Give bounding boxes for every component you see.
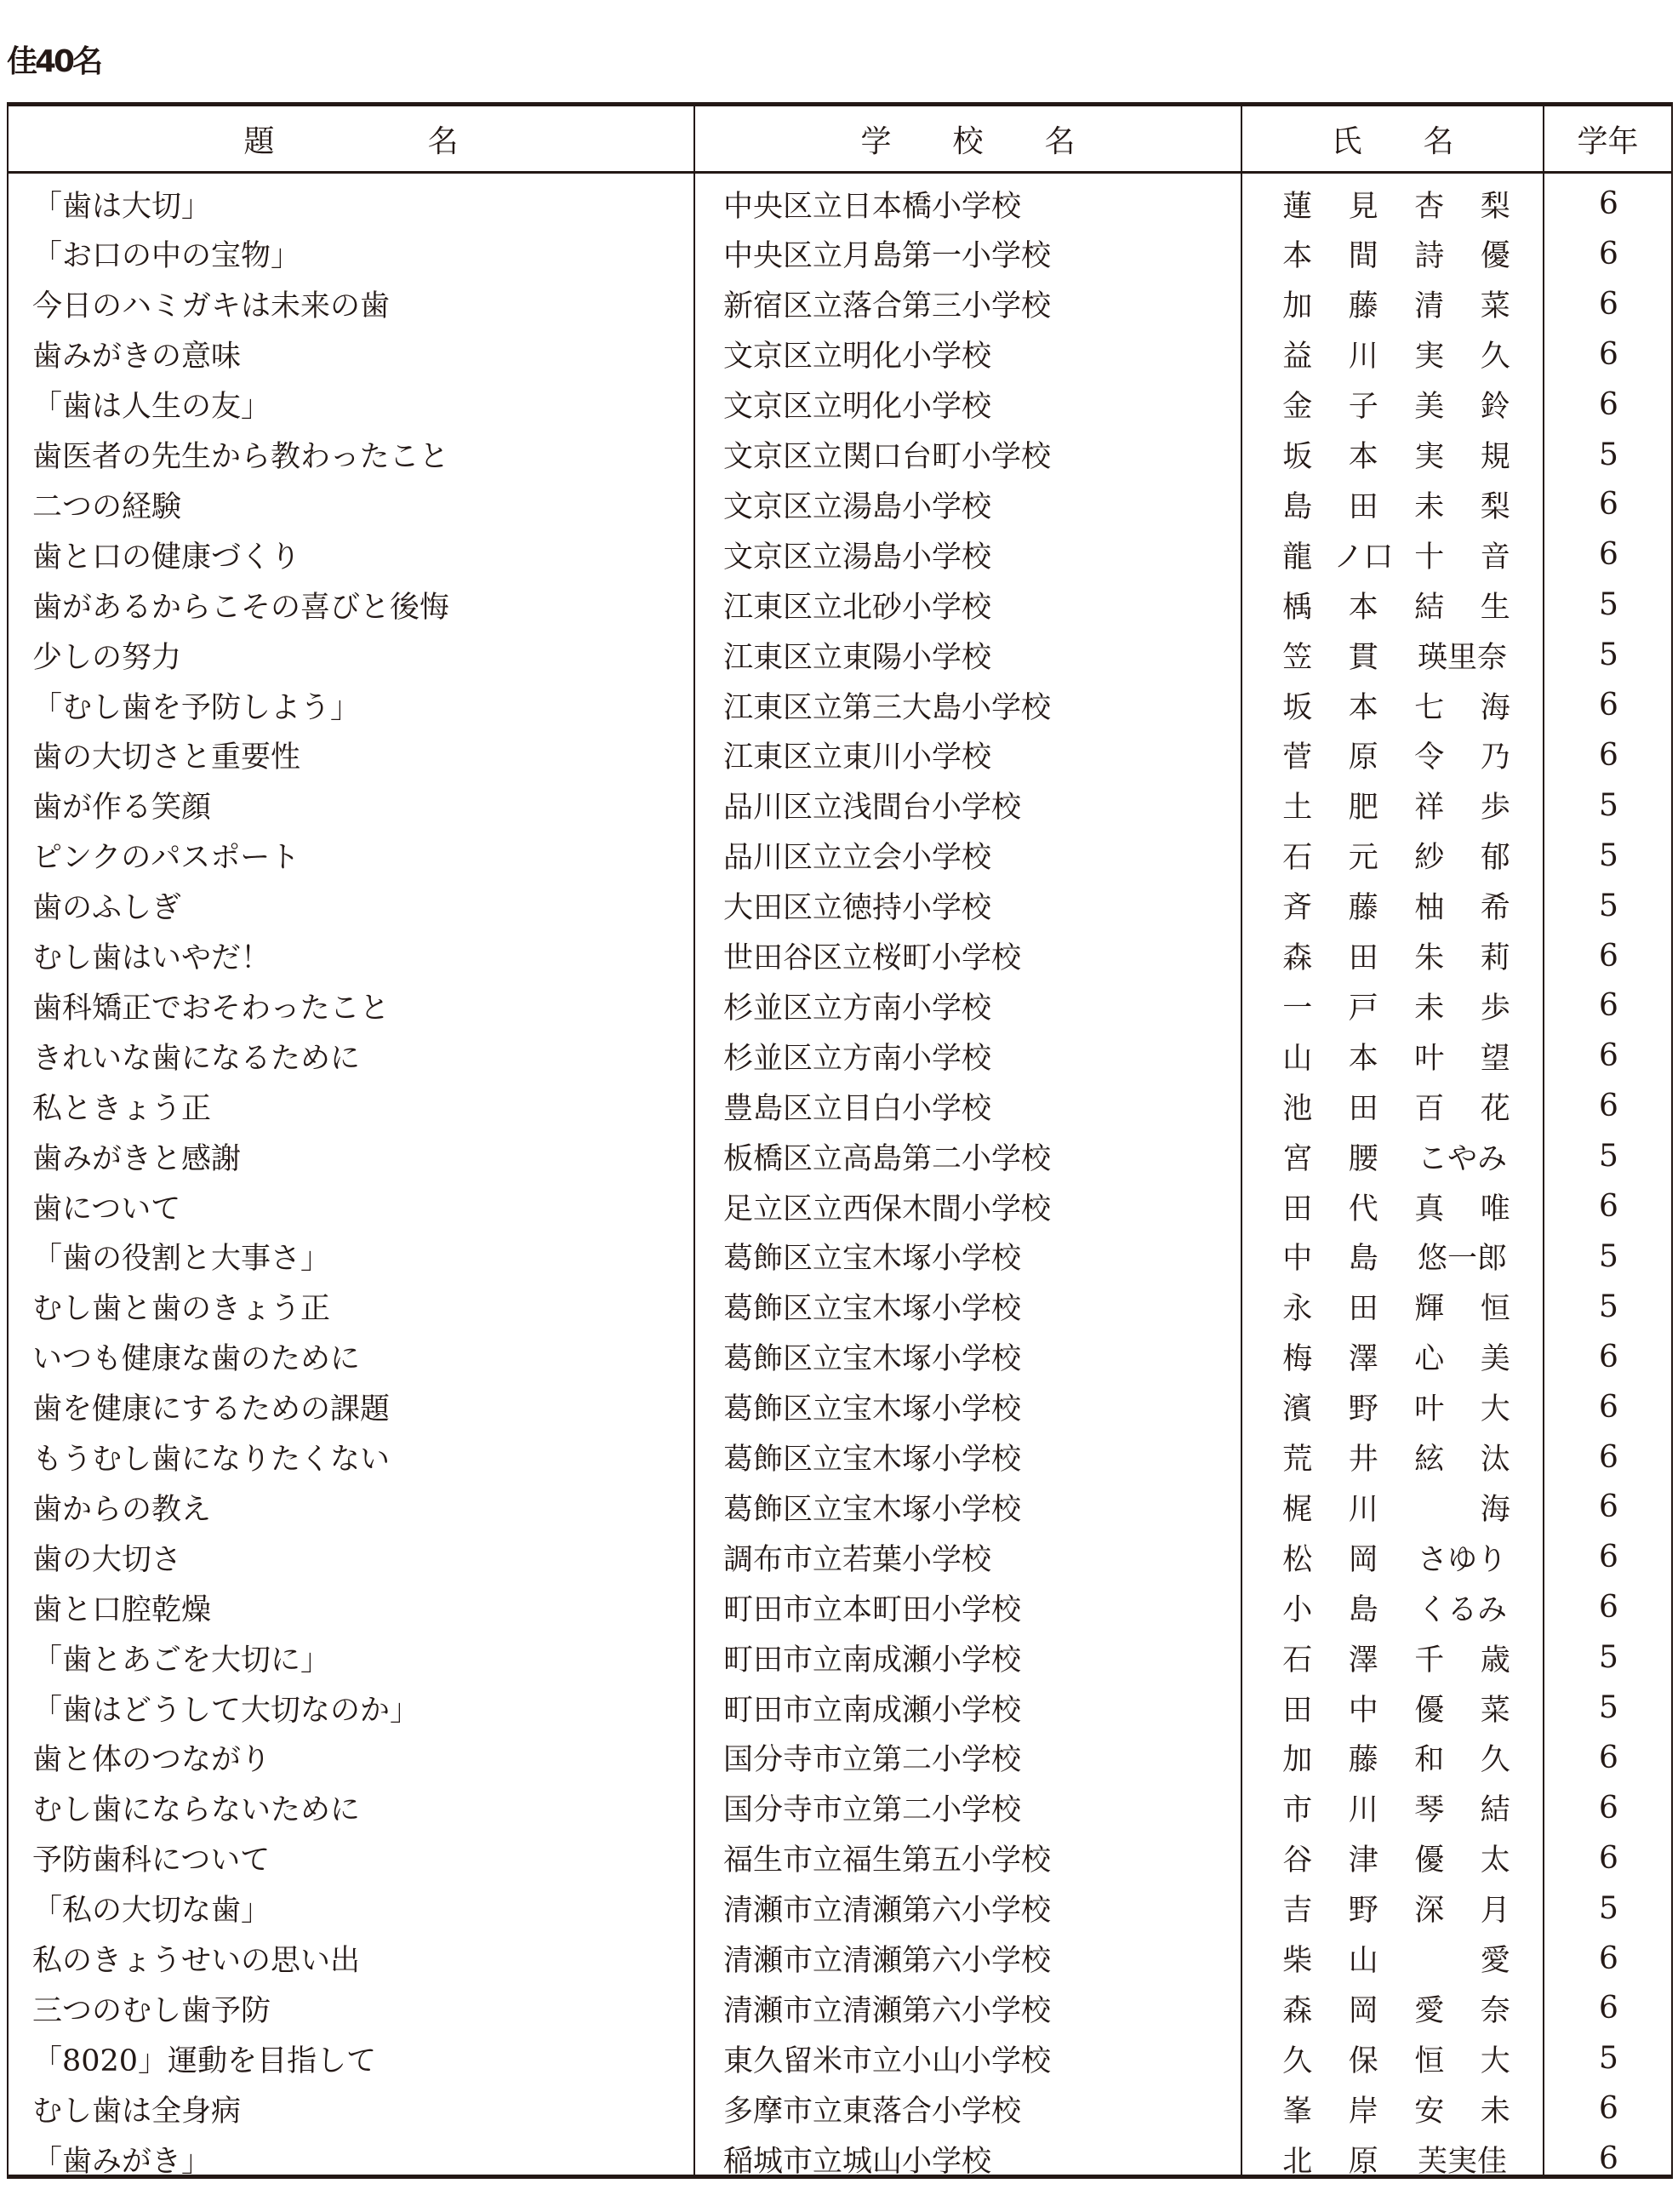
name-part: 土 <box>1282 784 1312 826</box>
cell-name: 蓮 見 杏 梨 <box>1264 179 1528 229</box>
cell-name: 吉 野 深 月 <box>1264 1883 1528 1934</box>
name-part: 田 <box>1282 1687 1312 1729</box>
cell-name: 濱 野 叶 大 <box>1264 1382 1528 1432</box>
cell-title: 歯があるからこその喜びと後悔 <box>32 580 688 630</box>
table-row: 歯と体のつながり 国分寺市立第二小学校 加 藤 和 久 6 <box>9 1733 1671 1783</box>
cell-school: 杉並区立方南小学校 <box>723 1031 1234 1081</box>
cell-name: 楀 本 結 生 <box>1264 580 1528 630</box>
name-part: 岡 <box>1349 1987 1378 2030</box>
cell-school: 中央区立日本橋小学校 <box>723 179 1234 229</box>
name-part: 規 <box>1481 433 1510 476</box>
name-part: 朱 <box>1414 935 1444 977</box>
name-part: 岡 <box>1349 1536 1378 1579</box>
table-row: 歯について 足立区立西保木間小学校 田 代 真 唯 6 <box>9 1181 1671 1232</box>
cell-title: 「歯はどうして大切なのか」 <box>32 1683 688 1733</box>
name-part: 実 <box>1414 433 1444 476</box>
cell-title: ピンクのパスポート <box>32 831 688 881</box>
cell-name: 永 田 輝 恒 <box>1264 1282 1528 1332</box>
cell-name: 梶 川 海 <box>1264 1482 1528 1532</box>
cell-grade: 6 <box>1546 931 1671 981</box>
table-row: むし歯は全身病 多摩市立東落合小学校 峯 岸 安 未 6 <box>9 2083 1671 2134</box>
name-part: 笠 <box>1282 634 1312 677</box>
table-row: 歯があるからこその喜びと後悔 江東区立北砂小学校 楀 本 結 生 5 <box>9 580 1671 630</box>
cell-name: 梅 澤 心 美 <box>1264 1332 1528 1382</box>
name-part: 十 <box>1414 534 1444 576</box>
cell-title: 歯と口の健康づくり <box>32 529 688 580</box>
name-part: 歳 <box>1481 1637 1510 1679</box>
name-part: 海 <box>1481 684 1510 727</box>
cell-school: 江東区立第三大島小学校 <box>723 680 1234 730</box>
name-part: 梨 <box>1481 183 1510 226</box>
name-part: 美 <box>1414 383 1444 426</box>
name-part: 花 <box>1481 1085 1510 1128</box>
cell-grade: 5 <box>1546 881 1671 931</box>
table-row: きれいな歯になるために 杉並区立方南小学校 山 本 叶 望 6 <box>9 1031 1671 1081</box>
cell-title: 二つの経験 <box>32 479 688 529</box>
cell-name: 一 戸 未 歩 <box>1264 980 1528 1031</box>
name-part: 石 <box>1282 834 1312 877</box>
name-part: 七 <box>1414 684 1444 727</box>
cell-grade: 6 <box>1546 1031 1671 1081</box>
name-part: 金 <box>1282 383 1312 426</box>
name-part: 澤 <box>1349 1637 1378 1679</box>
cell-name: 坂 本 七 海 <box>1264 680 1528 730</box>
cell-name: 島 田 未 梨 <box>1264 479 1528 529</box>
name-part: 莉 <box>1481 935 1510 977</box>
table-row: 二つの経験 文京区立湯島小学校 島 田 未 梨 6 <box>9 479 1671 529</box>
name-part: 澤 <box>1349 1335 1378 1378</box>
cell-school: 町田市立南成瀬小学校 <box>723 1632 1234 1683</box>
name-part: 荒 <box>1282 1436 1312 1478</box>
name-part: 中 <box>1282 1235 1312 1277</box>
name-part: 田 <box>1349 483 1378 526</box>
cell-grade: 5 <box>1546 2033 1671 2083</box>
header-divider <box>9 171 1671 174</box>
name-part: 本 <box>1349 433 1378 476</box>
cell-school: 葛飾区立宝木塚小学校 <box>723 1482 1234 1532</box>
name-part: 柚 <box>1414 884 1444 927</box>
cell-grade: 6 <box>1546 1733 1671 1783</box>
cell-title: 歯を健康にするための課題 <box>32 1382 688 1432</box>
name-part: 叶 <box>1414 1386 1444 1428</box>
cell-school: 大田区立徳持小学校 <box>723 881 1234 931</box>
table-row: 「歯は大切」 中央区立日本橋小学校 蓮 見 杏 梨 6 <box>9 179 1671 229</box>
cell-school: 清瀬市立清瀬第六小学校 <box>723 1883 1234 1934</box>
name-part: 梅 <box>1282 1335 1312 1378</box>
name-part: 千 <box>1414 1637 1444 1679</box>
name-part: 郁 <box>1481 834 1510 877</box>
cell-title: きれいな歯になるために <box>32 1031 688 1081</box>
name-part: 島 <box>1282 483 1312 526</box>
name-part: 芙実佳 <box>1418 2138 1507 2181</box>
table-row: 「お口の中の宝物」 中央区立月島第一小学校 本 間 詩 優 6 <box>9 229 1671 279</box>
cell-name: 池 田 百 花 <box>1264 1081 1528 1131</box>
name-part: 貫 <box>1349 634 1378 677</box>
name-part: 腰 <box>1349 1135 1378 1178</box>
cell-school: 葛飾区立宝木塚小学校 <box>723 1282 1234 1332</box>
name-part: 大 <box>1481 1386 1510 1428</box>
name-part: 結 <box>1481 1786 1510 1829</box>
cell-name: 柴 山 愛 <box>1264 1934 1528 1984</box>
table-row: 「私の大切な歯」 清瀬市立清瀬第六小学校 吉 野 深 月 5 <box>9 1883 1671 1934</box>
cell-title: 歯みがきと感謝 <box>32 1131 688 1181</box>
name-part: 恒 <box>1414 2038 1444 2080</box>
cell-grade: 5 <box>1546 1232 1671 1282</box>
cell-name: 斉 藤 柚 希 <box>1264 881 1528 931</box>
cell-grade: 6 <box>1546 279 1671 329</box>
cell-name: 益 川 実 久 <box>1264 329 1528 380</box>
cell-name: 森 岡 愛 奈 <box>1264 1983 1528 2033</box>
cell-title: 歯について <box>32 1181 688 1232</box>
table-row: 予防歯科について 福生市立福生第五小学校 谷 津 優 太 6 <box>9 1833 1671 1883</box>
cell-school: 足立区立西保木間小学校 <box>723 1181 1234 1232</box>
name-part: 川 <box>1349 333 1378 375</box>
name-part: 音 <box>1481 534 1510 576</box>
name-part: 未 <box>1414 483 1444 526</box>
cell-title: 少しの努力 <box>32 630 688 680</box>
cell-title: 私のきょうせいの思い出 <box>32 1934 688 1984</box>
name-part: 未 <box>1414 985 1444 1027</box>
name-part: 安 <box>1414 2088 1444 2130</box>
name-part: 野 <box>1349 1887 1378 1929</box>
name-part: 田 <box>1349 1285 1378 1328</box>
cell-school: 葛飾区立宝木塚小学校 <box>723 1332 1234 1382</box>
table-row: 「歯の役割と大事さ」 葛飾区立宝木塚小学校 中 島 悠一郎 5 <box>9 1232 1671 1282</box>
cell-school: 杉並区立方南小学校 <box>723 980 1234 1031</box>
table-row: いつも健康な歯のために 葛飾区立宝木塚小学校 梅 澤 心 美 6 <box>9 1332 1671 1382</box>
name-part: 戸 <box>1349 985 1378 1027</box>
name-part: 未 <box>1481 2088 1510 2130</box>
cell-title: 歯医者の先生から教わったこと <box>32 430 688 480</box>
cell-name: 山 本 叶 望 <box>1264 1031 1528 1081</box>
cell-title: 「むし歯を予防しよう」 <box>32 680 688 730</box>
name-part: 藤 <box>1349 884 1378 927</box>
name-part: 詩 <box>1414 232 1444 275</box>
cell-school: 江東区立東陽小学校 <box>723 630 1234 680</box>
table-row: むし歯と歯のきょう正 葛飾区立宝木塚小学校 永 田 輝 恒 5 <box>9 1282 1671 1332</box>
cell-title: 「私の大切な歯」 <box>32 1883 688 1934</box>
cell-school: 東久留米市立小山小学校 <box>723 2033 1234 2083</box>
cell-title: 「歯は大切」 <box>32 179 688 229</box>
cell-school: 町田市立本町田小学校 <box>723 1582 1234 1632</box>
awards-table: 題 名 学 校 名 氏 名 学年 「歯は大切」 中央区立日本橋小学校 蓮 見 杏… <box>7 102 1673 2179</box>
cell-title: 歯と体のつながり <box>32 1733 688 1783</box>
cell-title: 歯の大切さと重要性 <box>32 730 688 780</box>
cell-school: 文京区立明化小学校 <box>723 329 1234 380</box>
name-part: 益 <box>1282 333 1312 375</box>
name-part: 菜 <box>1481 1687 1510 1729</box>
cell-title: 歯と口腔乾燥 <box>32 1582 688 1632</box>
cell-school: 町田市立南成瀬小学校 <box>723 1683 1234 1733</box>
name-part: 紗 <box>1414 834 1444 877</box>
name-part: 北 <box>1282 2138 1312 2181</box>
cell-school: 世田谷区立桜町小学校 <box>723 931 1234 981</box>
name-part: 柴 <box>1282 1937 1312 1980</box>
name-part: 愛 <box>1414 1987 1444 2030</box>
cell-school: 調布市立若葉小学校 <box>723 1532 1234 1582</box>
name-part: 原 <box>1349 2138 1378 2181</box>
name-part: 中 <box>1349 1687 1378 1729</box>
name-part: 悠一郎 <box>1418 1235 1507 1277</box>
cell-school: 豊島区立目白小学校 <box>723 1081 1234 1131</box>
cell-grade: 5 <box>1546 430 1671 480</box>
name-part: 真 <box>1414 1186 1444 1228</box>
name-part: 愛 <box>1481 1937 1510 1980</box>
cell-grade: 5 <box>1546 1683 1671 1733</box>
name-part: 藤 <box>1349 283 1378 325</box>
name-part: 優 <box>1414 1837 1444 1879</box>
name-part: 祥 <box>1414 784 1444 826</box>
table-row: 今日のハミガキは未来の歯 新宿区立落合第三小学校 加 藤 清 菜 6 <box>9 279 1671 329</box>
cell-school: 多摩市立東落合小学校 <box>723 2083 1234 2134</box>
name-part: 希 <box>1481 884 1510 927</box>
name-part: 月 <box>1481 1887 1510 1929</box>
name-part: 美 <box>1481 1335 1510 1378</box>
name-part: 坂 <box>1282 433 1312 476</box>
cell-school: 文京区立明化小学校 <box>723 380 1234 430</box>
cell-school: 葛飾区立宝木塚小学校 <box>723 1432 1234 1483</box>
name-part: 間 <box>1349 232 1378 275</box>
table-row: 「歯は人生の友」 文京区立明化小学校 金 子 美 鈴 6 <box>9 380 1671 430</box>
name-part: 和 <box>1414 1736 1444 1779</box>
name-part: 峯 <box>1282 2088 1312 2130</box>
cell-school: 板橋区立高島第二小学校 <box>723 1131 1234 1181</box>
cell-name: 谷 津 優 太 <box>1264 1833 1528 1883</box>
name-part: 杏 <box>1414 183 1444 226</box>
cell-grade: 6 <box>1546 1983 1671 2033</box>
cell-grade: 6 <box>1546 2134 1671 2184</box>
cell-grade: 6 <box>1546 179 1671 229</box>
name-part: 本 <box>1349 684 1378 727</box>
name-part: 叶 <box>1414 1035 1444 1077</box>
table-row: 歯と口の健康づくり 文京区立湯島小学校 龍 ノ口 十 音 6 <box>9 529 1671 580</box>
name-part: 令 <box>1414 734 1444 776</box>
cell-grade: 6 <box>1546 980 1671 1031</box>
cell-grade: 6 <box>1546 1934 1671 1984</box>
cell-school: 文京区立湯島小学校 <box>723 479 1234 529</box>
cell-school: 稲城市立城山小学校 <box>723 2134 1234 2184</box>
name-part: 加 <box>1282 1736 1312 1779</box>
cell-name: 久 保 恒 大 <box>1264 2033 1528 2083</box>
cell-grade: 6 <box>1546 680 1671 730</box>
cell-title: むし歯は全身病 <box>32 2083 688 2134</box>
cell-school: 国分寺市立第二小学校 <box>723 1783 1234 1833</box>
name-part: 保 <box>1349 2038 1378 2080</box>
name-part: 歩 <box>1481 985 1510 1027</box>
table-row: 歯科矯正でおそわったこと 杉並区立方南小学校 一 戸 未 歩 6 <box>9 980 1671 1031</box>
table-row: 歯の大切さ 調布市立若葉小学校 松 岡 さゆり 6 <box>9 1532 1671 1582</box>
cell-grade: 6 <box>1546 1582 1671 1632</box>
cell-grade: 5 <box>1546 1282 1671 1332</box>
name-part: 大 <box>1481 2038 1510 2080</box>
cell-title: もうむし歯になりたくない <box>32 1432 688 1483</box>
cell-name: 本 間 詩 優 <box>1264 229 1528 279</box>
name-part: 岸 <box>1349 2088 1378 2130</box>
name-part: 森 <box>1282 935 1312 977</box>
name-part: 蓮 <box>1282 183 1312 226</box>
name-part: 坂 <box>1282 684 1312 727</box>
cell-name: 北 原 芙実佳 <box>1264 2134 1528 2184</box>
cell-grade: 6 <box>1546 529 1671 580</box>
name-part: 島 <box>1349 1235 1378 1277</box>
table-row: ピンクのパスポート 品川区立立会小学校 石 元 紗 郁 5 <box>9 831 1671 881</box>
name-part: 久 <box>1481 1736 1510 1779</box>
cell-grade: 6 <box>1546 1181 1671 1232</box>
name-part: 本 <box>1349 1035 1378 1077</box>
cell-school: 江東区立東川小学校 <box>723 730 1234 780</box>
cell-name: 石 澤 千 歳 <box>1264 1632 1528 1683</box>
cell-title: 今日のハミガキは未来の歯 <box>32 279 688 329</box>
cell-title: 「お口の中の宝物」 <box>32 229 688 279</box>
cell-title: 歯みがきの意味 <box>32 329 688 380</box>
cell-name: 加 藤 和 久 <box>1264 1733 1528 1783</box>
table-row: 「8020」運動を目指して 東久留米市立小山小学校 久 保 恒 大 5 <box>9 2033 1671 2083</box>
cell-school: 葛飾区立宝木塚小学校 <box>723 1232 1234 1282</box>
table-row: 歯みがきと感謝 板橋区立高島第二小学校 宮 腰 こやみ 5 <box>9 1131 1671 1181</box>
name-part: 百 <box>1414 1085 1444 1128</box>
cell-grade: 6 <box>1546 1532 1671 1582</box>
name-part: 田 <box>1349 935 1378 977</box>
cell-grade: 6 <box>1546 1482 1671 1532</box>
name-part: 代 <box>1349 1186 1378 1228</box>
name-part: 森 <box>1282 1987 1312 2030</box>
cell-name: 小 島 くるみ <box>1264 1582 1528 1632</box>
cell-school: 江東区立北砂小学校 <box>723 580 1234 630</box>
cell-grade: 5 <box>1546 1131 1671 1181</box>
cell-name: 宮 腰 こやみ <box>1264 1131 1528 1181</box>
cell-title: 「歯みがき」 <box>32 2134 688 2184</box>
cell-grade: 5 <box>1546 580 1671 630</box>
cell-name: 坂 本 実 規 <box>1264 430 1528 480</box>
table-row: 歯と口腔乾燥 町田市立本町田小学校 小 島 くるみ 6 <box>9 1582 1671 1632</box>
cell-title: 歯科矯正でおそわったこと <box>32 980 688 1031</box>
cell-school: 新宿区立落合第三小学校 <box>723 279 1234 329</box>
name-part: 本 <box>1282 232 1312 275</box>
table-row: むし歯はいやだ！ 世田谷区立桜町小学校 森 田 朱 莉 6 <box>9 931 1671 981</box>
cell-grade: 6 <box>1546 1382 1671 1432</box>
cell-name: 加 藤 清 菜 <box>1264 279 1528 329</box>
name-part: 加 <box>1282 283 1312 325</box>
name-part: 歩 <box>1481 784 1510 826</box>
cell-grade: 5 <box>1546 630 1671 680</box>
table-row: 歯の大切さと重要性 江東区立東川小学校 菅 原 令 乃 6 <box>9 730 1671 780</box>
name-part: 輝 <box>1414 1285 1444 1328</box>
name-part: 濱 <box>1282 1386 1312 1428</box>
cell-name: 龍 ノ口 十 音 <box>1264 529 1528 580</box>
cell-grade: 6 <box>1546 1432 1671 1483</box>
cell-name: 土 肥 祥 歩 <box>1264 780 1528 831</box>
name-part: 楀 <box>1282 584 1312 626</box>
name-part: 谷 <box>1282 1837 1312 1879</box>
name-part: 鈴 <box>1481 383 1510 426</box>
header-grade: 学年 <box>1544 106 1671 171</box>
name-part: 本 <box>1349 584 1378 626</box>
name-part: 肥 <box>1349 784 1378 826</box>
name-part: 清 <box>1414 283 1444 325</box>
cell-title: 「歯の役割と大事さ」 <box>32 1232 688 1282</box>
name-part: 池 <box>1282 1085 1312 1128</box>
cell-name: 田 中 優 菜 <box>1264 1683 1528 1733</box>
name-part: 山 <box>1349 1937 1378 1980</box>
name-part: 乃 <box>1481 734 1510 776</box>
name-part: 龍 <box>1282 534 1312 576</box>
name-part: 優 <box>1481 232 1510 275</box>
name-part: ノ口 <box>1333 534 1393 576</box>
table-row: 私ときょう正 豊島区立目白小学校 池 田 百 花 6 <box>9 1081 1671 1131</box>
cell-grade: 6 <box>1546 229 1671 279</box>
cell-title: 歯が作る笑顔 <box>32 780 688 831</box>
name-part: 深 <box>1414 1887 1444 1929</box>
name-part: 原 <box>1349 734 1378 776</box>
name-part: 松 <box>1282 1536 1312 1579</box>
name-part: 藤 <box>1349 1736 1378 1779</box>
table-row: 「歯はどうして大切なのか」 町田市立南成瀬小学校 田 中 優 菜 5 <box>9 1683 1671 1733</box>
cell-grade: 6 <box>1546 329 1671 380</box>
name-part: 山 <box>1282 1035 1312 1077</box>
table-row: 「歯みがき」 稲城市立城山小学校 北 原 芙実佳 6 <box>9 2134 1671 2184</box>
name-part: 絃 <box>1414 1436 1444 1478</box>
cell-name: 荒 井 絃 汰 <box>1264 1432 1528 1483</box>
name-part: 久 <box>1481 333 1510 375</box>
cell-title: 歯の大切さ <box>32 1532 688 1582</box>
cell-grade: 5 <box>1546 1632 1671 1683</box>
cell-title: 三つのむし歯予防 <box>32 1983 688 2033</box>
name-part: こやみ <box>1418 1135 1507 1178</box>
table-row: 歯医者の先生から教わったこと 文京区立関口台町小学校 坂 本 実 規 5 <box>9 430 1671 480</box>
cell-school: 品川区立浅間台小学校 <box>723 780 1234 831</box>
cell-grade: 5 <box>1546 831 1671 881</box>
name-part: 吉 <box>1282 1887 1312 1929</box>
cell-name: 金 子 美 鈴 <box>1264 380 1528 430</box>
name-part: 結 <box>1414 584 1444 626</box>
cell-grade: 6 <box>1546 1833 1671 1883</box>
name-part: 唯 <box>1481 1186 1510 1228</box>
name-part: 久 <box>1282 2038 1312 2080</box>
name-part: 見 <box>1349 183 1378 226</box>
table-row: 私のきょうせいの思い出 清瀬市立清瀬第六小学校 柴 山 愛 6 <box>9 1934 1671 1984</box>
name-part: 心 <box>1414 1335 1444 1378</box>
cell-name: 峯 岸 安 未 <box>1264 2083 1528 2134</box>
table-row: 歯が作る笑顔 品川区立浅間台小学校 土 肥 祥 歩 5 <box>9 780 1671 831</box>
name-part: 琴 <box>1414 1786 1444 1829</box>
cell-name: 市 川 琴 結 <box>1264 1783 1528 1833</box>
name-part: 川 <box>1349 1786 1378 1829</box>
name-part: 元 <box>1349 834 1378 877</box>
page-title: 佳40名 <box>7 47 100 77</box>
table-row: 少しの努力 江東区立東陽小学校 笠 貫 瑛里奈 5 <box>9 630 1671 680</box>
cell-school: 文京区立関口台町小学校 <box>723 430 1234 480</box>
cell-title: 予防歯科について <box>32 1833 688 1883</box>
cell-school: 清瀬市立清瀬第六小学校 <box>723 1934 1234 1984</box>
name-part: 田 <box>1282 1186 1312 1228</box>
name-part: 一 <box>1282 985 1312 1027</box>
name-part: 川 <box>1349 1486 1378 1529</box>
cell-name: 笠 貫 瑛里奈 <box>1264 630 1528 680</box>
cell-grade: 6 <box>1546 1783 1671 1833</box>
name-part: 永 <box>1282 1285 1312 1328</box>
cell-name: 田 代 真 唯 <box>1264 1181 1528 1232</box>
name-part: 菅 <box>1282 734 1312 776</box>
cell-school: 国分寺市立第二小学校 <box>723 1733 1234 1783</box>
cell-grade: 6 <box>1546 1332 1671 1382</box>
cell-grade: 6 <box>1546 1081 1671 1131</box>
header-school: 学 校 名 <box>695 106 1241 171</box>
cell-title: 歯のふしぎ <box>32 881 688 931</box>
table-row: 「歯とあごを大切に」 町田市立南成瀬小学校 石 澤 千 歳 5 <box>9 1632 1671 1683</box>
name-part: 奈 <box>1481 1987 1510 2030</box>
name-part: 瑛里奈 <box>1418 634 1507 677</box>
name-part: さゆり <box>1418 1536 1507 1579</box>
